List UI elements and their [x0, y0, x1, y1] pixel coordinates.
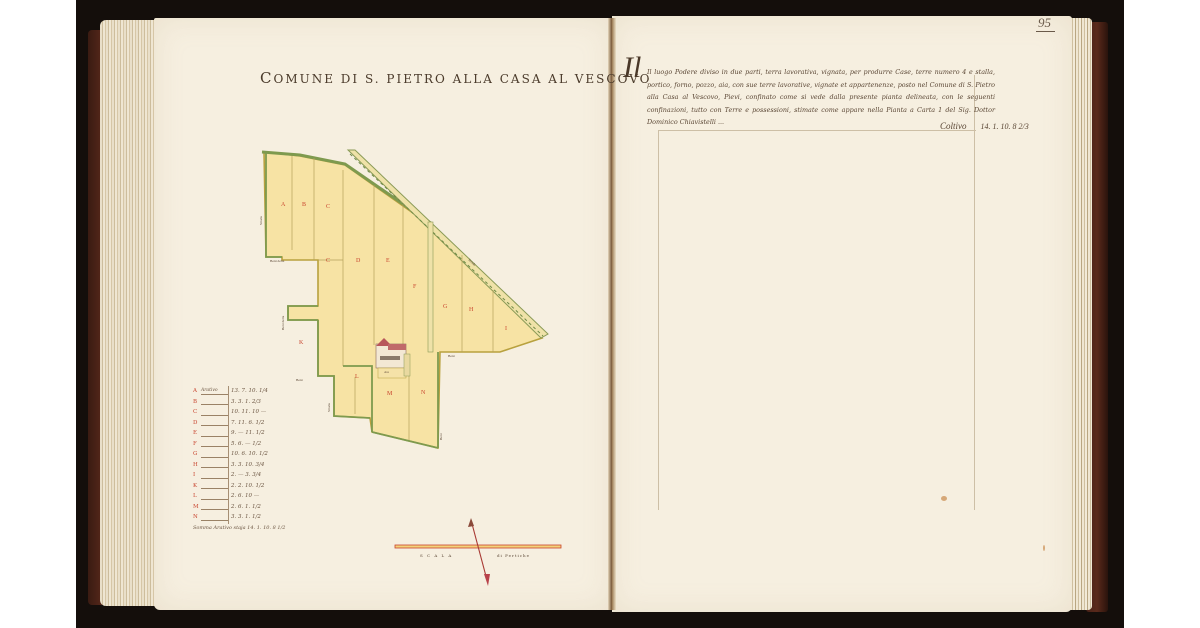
svg-text:I: I — [505, 326, 507, 332]
ruled-margin-left — [658, 130, 659, 510]
deed-initial: Il — [623, 62, 641, 75]
svg-text:Beni: Beni — [448, 354, 455, 358]
legend-row: I2. — 3. 3/4 — [193, 470, 268, 481]
svg-text:Beni: Beni — [439, 433, 443, 440]
paper-stain — [941, 496, 947, 501]
deed-sum-value: 14. 1. 10. 8 2/3 — [981, 122, 1029, 131]
svg-text:C: C — [326, 204, 330, 210]
legend-row: C10. 11. 10 — — [193, 407, 268, 418]
svg-text:C: C — [326, 258, 330, 264]
area-legend-table: AArativo13. 7. 10. 1/4 B3. 3. 1. 2/3 C10… — [193, 386, 268, 531]
compass-north-arrow-icon — [468, 518, 490, 586]
deed-sum-sign: Coltivo — [940, 121, 967, 131]
ruled-line — [658, 130, 976, 131]
svg-text:K: K — [299, 340, 304, 346]
legend-row: B3. 3. 1. 2/3 — [193, 397, 268, 408]
svg-text:M: M — [387, 391, 393, 397]
svg-text:D: D — [356, 258, 361, 264]
svg-text:E: E — [386, 258, 390, 264]
legend-row: H3. 3. 10. 3/4 — [193, 460, 268, 471]
svg-text:di Pertiche: di Pertiche — [497, 553, 530, 558]
legend-row: M2. 6. 1. 1/2 — [193, 502, 268, 513]
legend-row: F5. 6. — 1/2 — [193, 439, 268, 450]
svg-text:A: A — [281, 202, 286, 208]
estate-map: A B C C D E F G H I K L M N Aia Strada B… — [0, 0, 1200, 628]
svg-text:Beni della: Beni della — [281, 315, 285, 330]
svg-text:B: B — [302, 202, 306, 208]
legend-row: AArativo13. 7. 10. 1/4 — [193, 386, 268, 397]
legend-row: N3. 3. 1. 1/2 — [193, 512, 268, 523]
ruled-margin-right — [974, 75, 975, 510]
legend-row: D7. 11. 6. 1/2 — [193, 418, 268, 429]
legend-row: L2. 6. 10 — — [193, 491, 268, 502]
svg-text:Strada: Strada — [259, 216, 263, 225]
svg-text:H: H — [469, 307, 474, 313]
svg-text:Beni: Beni — [296, 378, 303, 382]
deed-text: Il luogo Podere diviso in due parti, ter… — [625, 66, 995, 129]
svg-text:L: L — [355, 374, 359, 380]
deed-sum: Coltivo 14. 1. 10. 8 2/3 — [940, 121, 1029, 131]
folio-number: 95 — [1036, 15, 1055, 32]
svg-text:N: N — [421, 390, 426, 396]
svg-text:Strada: Strada — [327, 403, 331, 412]
legend-row: E9. — 11. 1/2 — [193, 428, 268, 439]
svg-text:S C A L A: S C A L A — [420, 553, 453, 558]
svg-text:G: G — [443, 304, 448, 310]
deed-description: Il Il luogo Podere diviso in due parti, … — [625, 66, 995, 129]
farmhouse-icon — [376, 338, 410, 378]
legend-row: G10. 6. 10. 1/2 — [193, 449, 268, 460]
paper-stain — [1043, 545, 1045, 551]
legend-row: K2. 2. 10. 1/2 — [193, 481, 268, 492]
legend-total: Somma Arativo staja 14. 1. 10. 8 1/2 — [193, 525, 268, 531]
aia-label: Aia — [384, 370, 390, 374]
svg-text:Beni della: Beni della — [270, 259, 285, 263]
